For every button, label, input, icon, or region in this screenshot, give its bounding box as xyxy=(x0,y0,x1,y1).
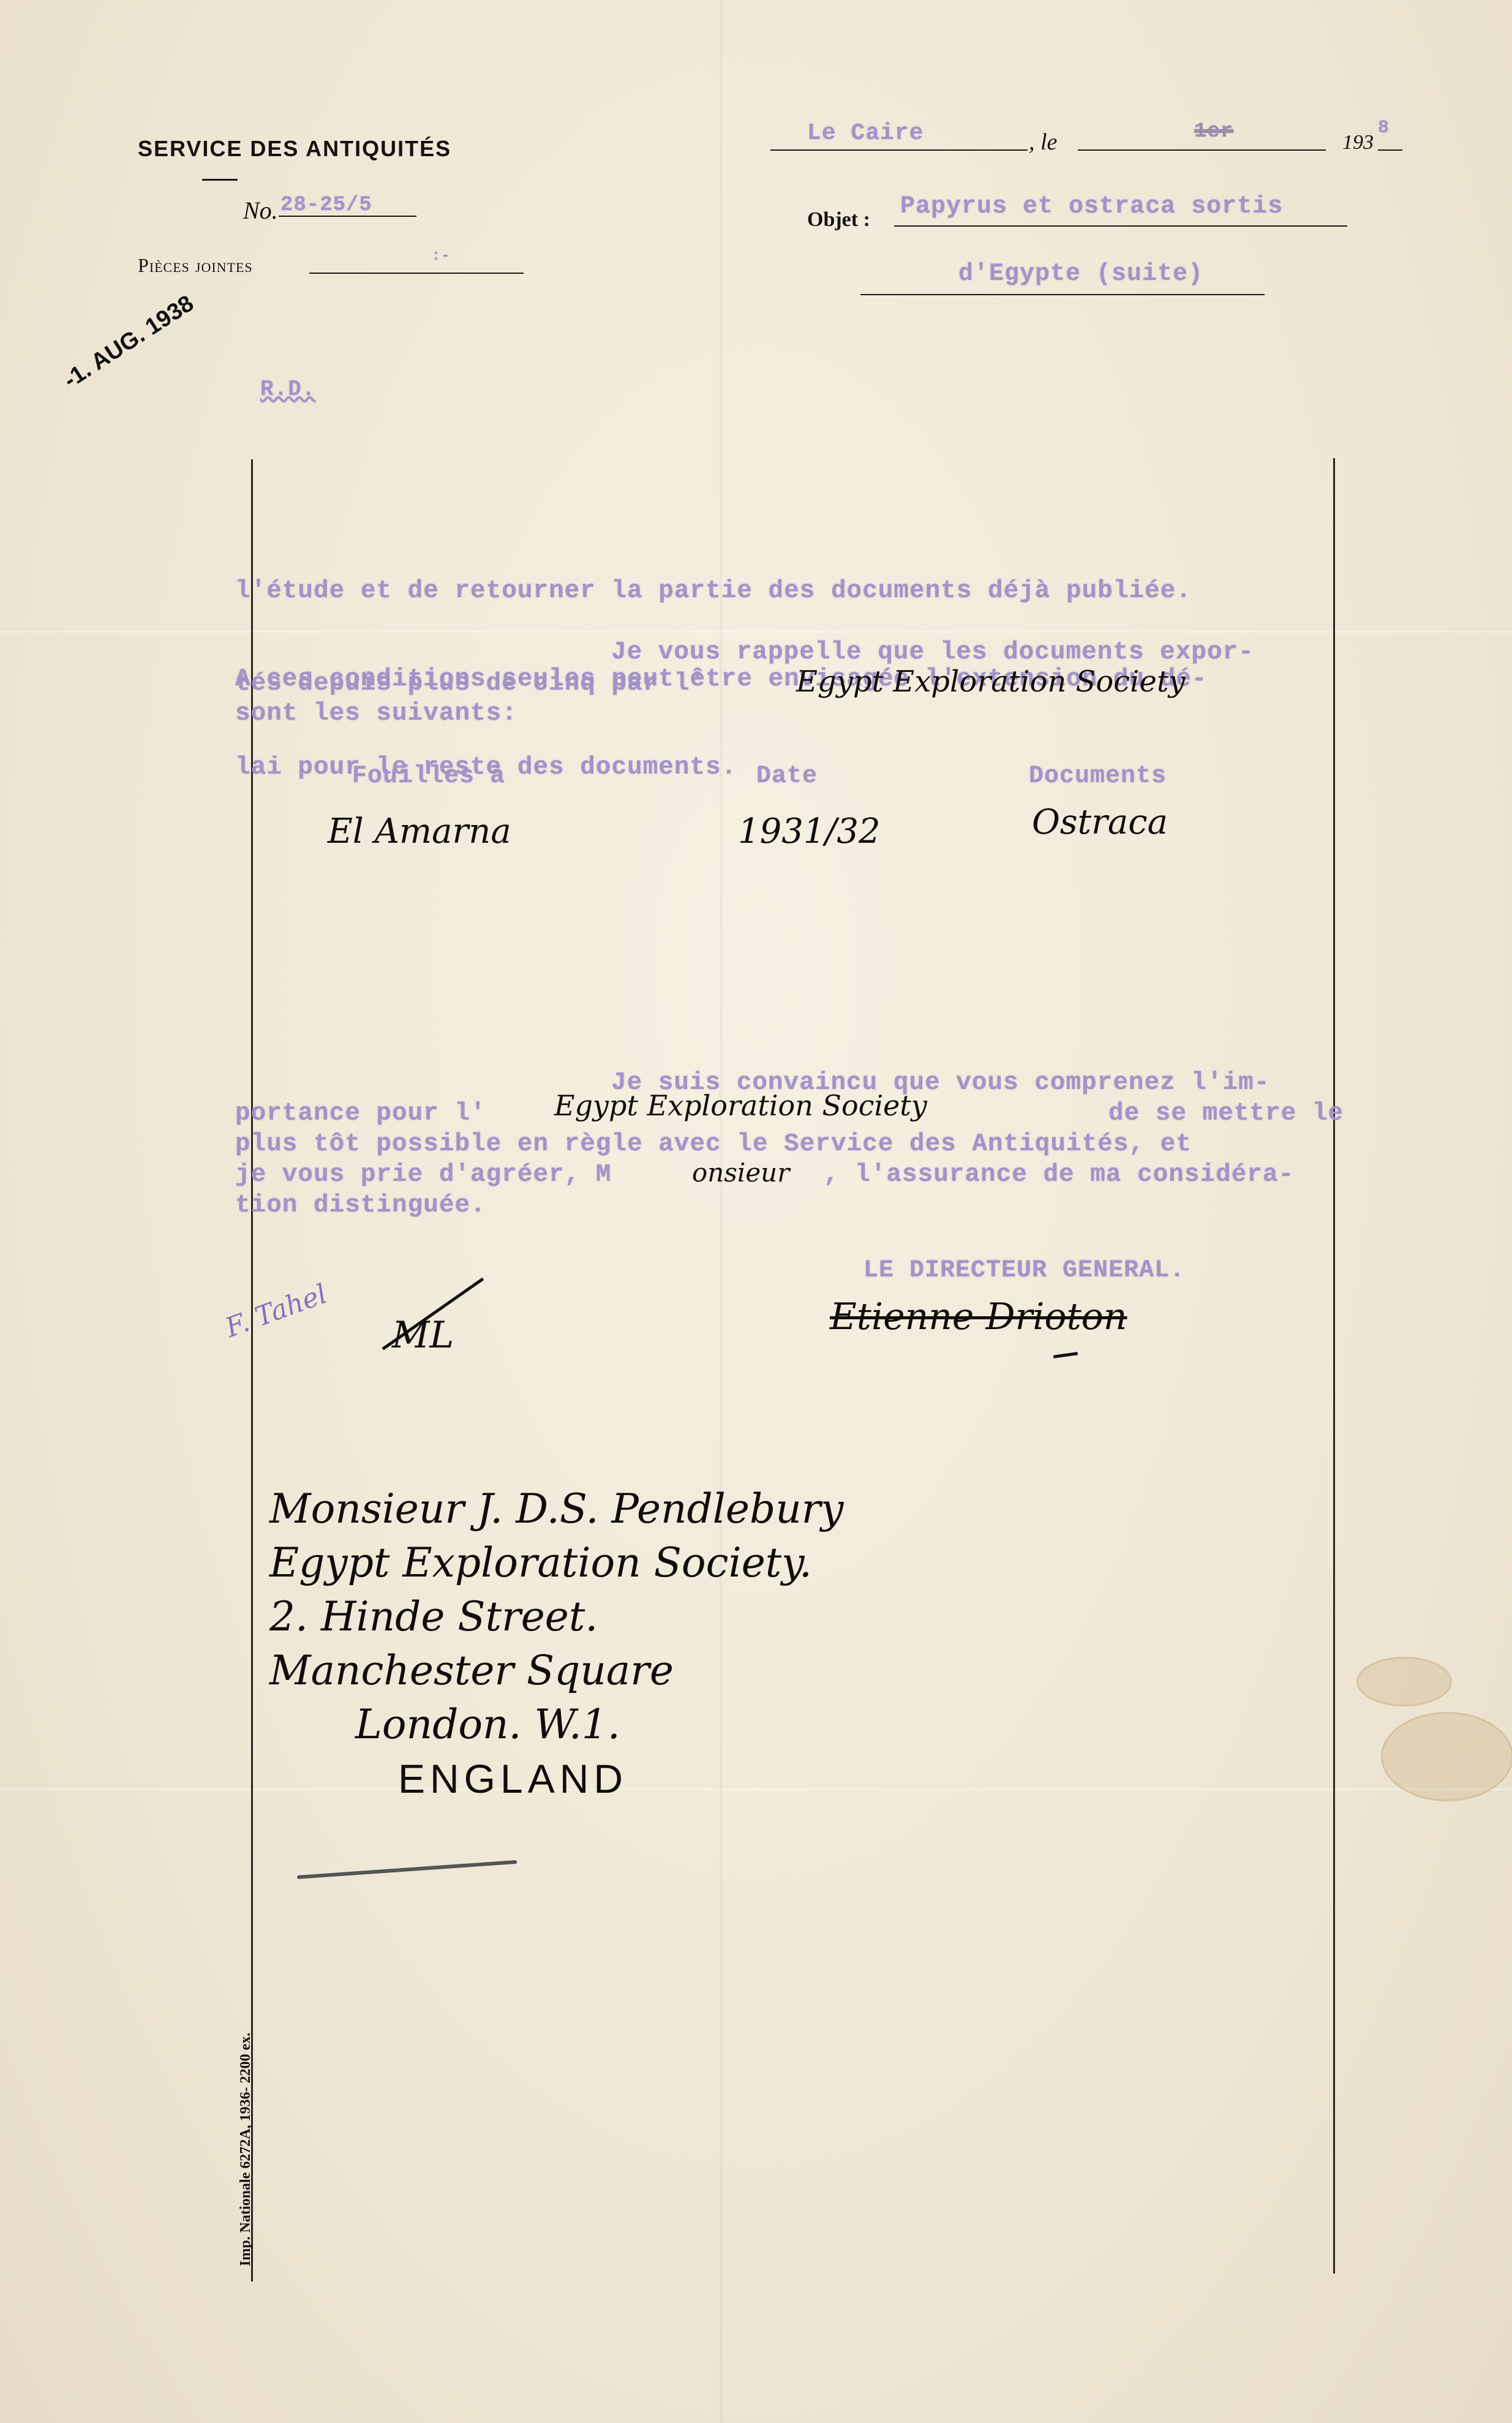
letterhead-divider xyxy=(202,179,238,181)
signatory-title: LE DIRECTEUR GENERAL. xyxy=(863,1257,1185,1284)
address-line-city: London. W.1. xyxy=(269,1698,844,1752)
address-line-country: ENGLAND xyxy=(269,1752,844,1806)
handwritten-society-name: Egypt Exploration Society xyxy=(554,1089,927,1122)
year-prefix: 193 xyxy=(1342,131,1374,154)
address-line-org: Egypt Exploration Society. xyxy=(269,1536,844,1590)
water-stain xyxy=(1381,1712,1512,1801)
signature-flourish xyxy=(1053,1352,1078,1358)
attachments-label: Pièces jointes xyxy=(138,254,253,277)
body-line: , l'assurance de ma considéra- xyxy=(824,1161,1294,1189)
body-line: je vous prie d'agréer, M xyxy=(235,1161,612,1189)
number-label: No. xyxy=(243,196,278,225)
address-line-name: Monsieur J. D.S. Pendlebury xyxy=(269,1482,844,1536)
table-header: Fouilles à xyxy=(352,763,505,790)
date-underline xyxy=(1078,149,1326,151)
table-cell-documents: Ostraca xyxy=(1032,802,1168,842)
printer-imprint: Imp. Nationale 6272A, 1936- 2200 ex. xyxy=(238,2033,254,2266)
right-margin-rule xyxy=(1333,458,1335,2274)
year-suffix: 8 xyxy=(1378,118,1390,138)
attachments-underline xyxy=(309,273,524,274)
violet-initials-stamp: F. Tahel xyxy=(221,1278,331,1344)
address-line-district: Manchester Square xyxy=(269,1644,844,1698)
body-line: l'étude et de retourner la partie des do… xyxy=(235,576,1207,606)
body-line: tés depuis plus de cinq par l' xyxy=(235,669,705,698)
table-header: Date xyxy=(756,763,818,790)
institution-name: SERVICE DES ANTIQUITÉS xyxy=(138,136,451,162)
subject-line-1: Papyrus et ostraca sortis xyxy=(900,193,1283,220)
body-line: tion distinguée. xyxy=(235,1191,486,1219)
year-underline xyxy=(1378,149,1402,151)
reference-initials: R.D. xyxy=(260,377,315,402)
subject-underline-1 xyxy=(894,225,1347,227)
handwritten-society-name: Egypt Exploration Society xyxy=(796,665,1185,699)
table-cell-site: El Amarna xyxy=(328,812,511,851)
subject-line-2: d'Egypte (suite) xyxy=(958,260,1203,288)
attachments-value: :- xyxy=(432,248,451,265)
handwritten-salutation: onsieur xyxy=(692,1158,789,1188)
paper-crease xyxy=(720,0,722,2423)
dateline-place: Le Caire xyxy=(807,120,923,146)
subject-label: Objet : xyxy=(807,208,870,232)
reference-number: 28-25/5 xyxy=(280,194,372,217)
country-underline xyxy=(297,1860,517,1879)
received-date-stamp: -1. AUG. 1938 xyxy=(59,290,199,394)
dateline-le: , le xyxy=(1029,129,1057,156)
body-line: Je vous rappelle que les documents expor… xyxy=(611,638,1254,666)
struck-date: 1er xyxy=(1194,120,1233,143)
body-line: portance pour l' xyxy=(235,1099,486,1128)
place-underline xyxy=(770,149,1028,151)
body-line: sont les suivants: xyxy=(235,699,517,728)
director-signature: Etienne Drioton xyxy=(830,1295,1127,1338)
water-stain xyxy=(1356,1657,1452,1706)
body-line: plus tôt possible en règle avec le Servi… xyxy=(235,1130,1192,1158)
table-cell-date: 1931/32 xyxy=(738,812,881,851)
table-header: Documents xyxy=(1029,763,1167,790)
recipient-address: Monsieur J. D.S. Pendlebury Egypt Explor… xyxy=(269,1482,844,1806)
address-line-street: 2. Hinde Street. xyxy=(269,1590,844,1644)
subject-underline-2 xyxy=(860,294,1265,295)
body-line: de se mettre le xyxy=(1108,1099,1344,1128)
